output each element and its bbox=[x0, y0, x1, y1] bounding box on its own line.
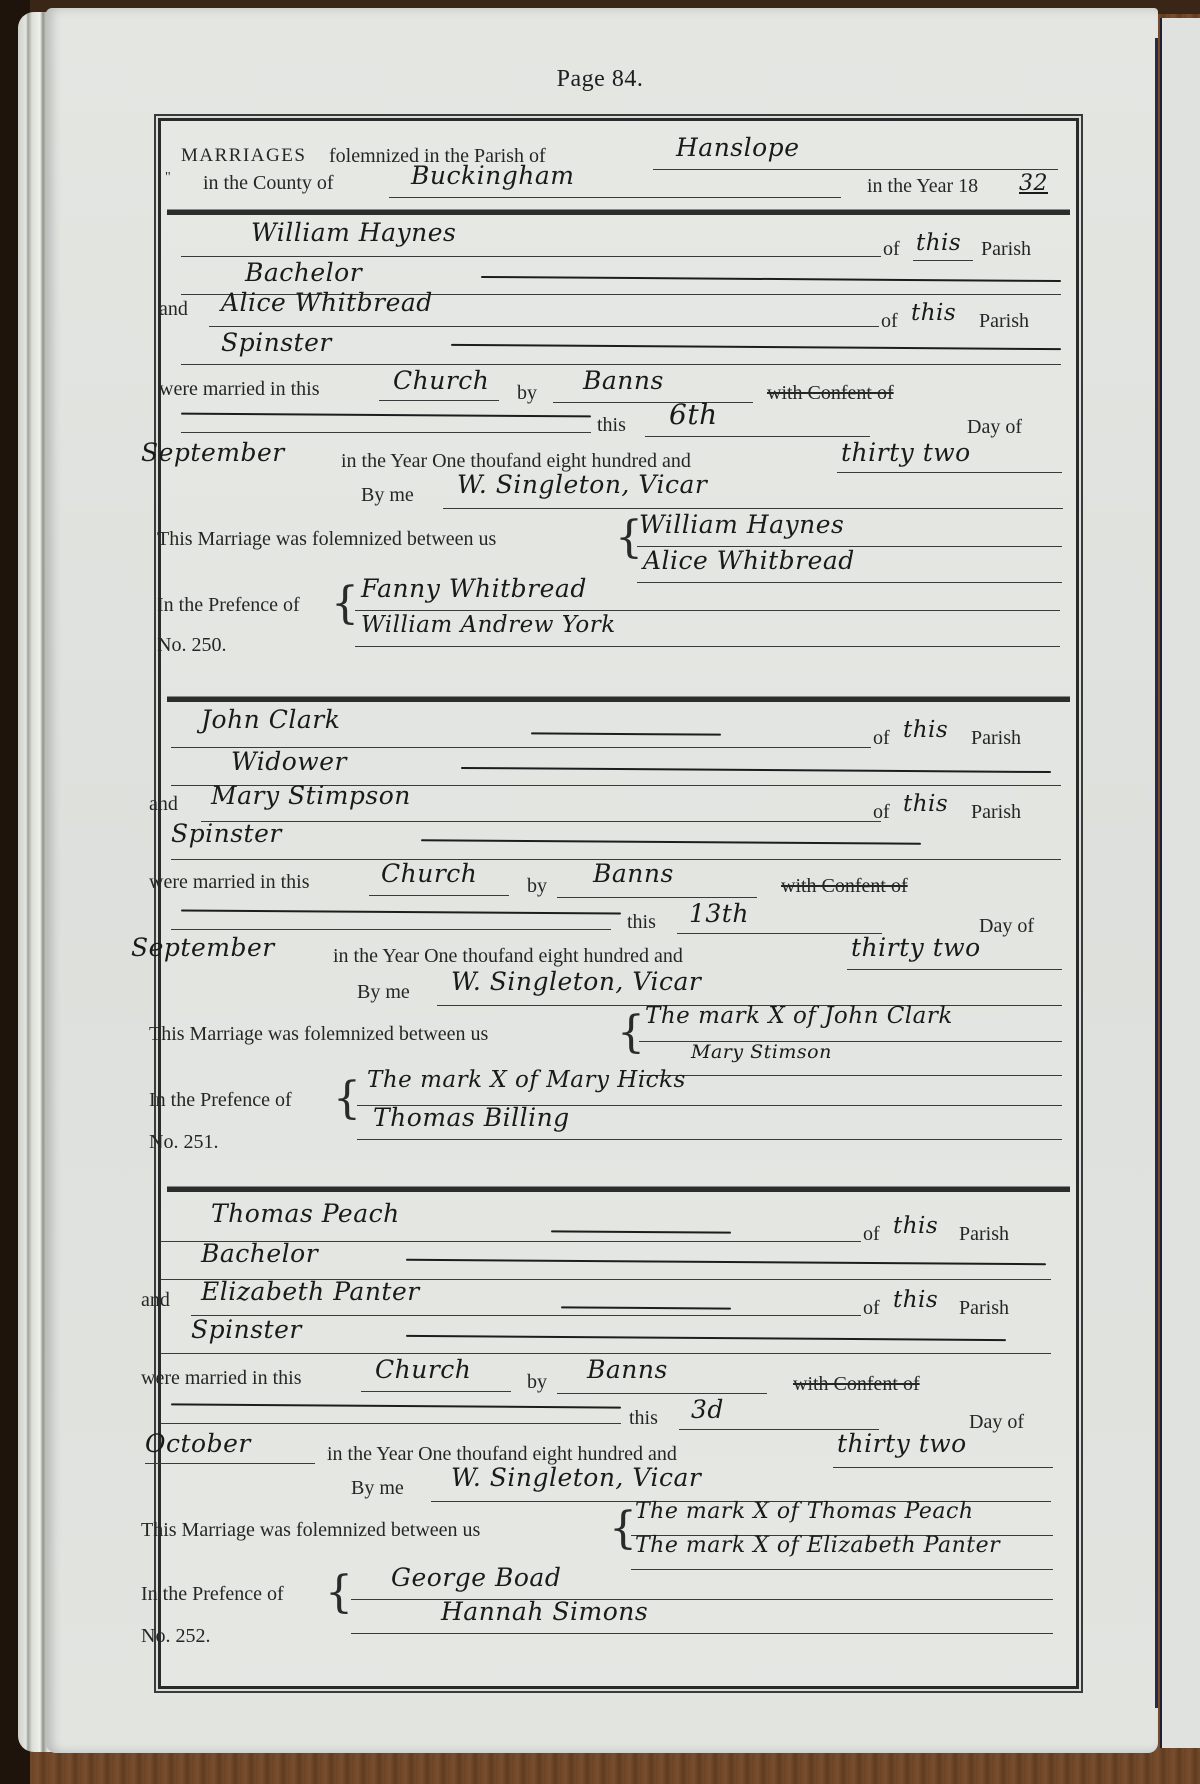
entry-divider bbox=[167, 1186, 1070, 1192]
day-line bbox=[645, 436, 870, 437]
parish-label: Parish bbox=[959, 1297, 1009, 1320]
groom-parish: this bbox=[916, 230, 961, 256]
of-label: of bbox=[873, 801, 890, 824]
day-of-label: Day of bbox=[979, 915, 1034, 938]
witness-line bbox=[355, 610, 1060, 611]
bride-parish: this bbox=[903, 791, 948, 817]
month-line bbox=[145, 1463, 315, 1464]
and-label: and bbox=[159, 298, 188, 321]
brace-icon: { bbox=[609, 1507, 637, 1551]
bride-parish: this bbox=[911, 300, 956, 326]
parish-label: Parish bbox=[959, 1223, 1009, 1246]
by-me-label: By me bbox=[361, 484, 414, 507]
witness-2: Thomas Billing bbox=[373, 1103, 570, 1132]
year-line bbox=[847, 969, 1062, 970]
groom-name: William Haynes bbox=[251, 218, 456, 247]
entry-number: No. 250. bbox=[157, 634, 226, 657]
witness-2: William Andrew York bbox=[361, 612, 616, 638]
brace-icon: { bbox=[333, 1077, 361, 1121]
by-label: by bbox=[517, 382, 537, 405]
blank-fill-stroke bbox=[481, 276, 1061, 282]
groom-line bbox=[181, 256, 881, 257]
facing-page-edge bbox=[1160, 18, 1200, 1748]
this-label: this bbox=[627, 911, 656, 934]
marriage-year-words: thirty two bbox=[851, 933, 981, 962]
witness-1: The mark X of Mary Hicks bbox=[367, 1067, 686, 1093]
married-in-label: were married in this bbox=[159, 378, 320, 401]
witness-line bbox=[351, 1633, 1053, 1634]
header-divider bbox=[167, 209, 1070, 215]
parish-label: Parish bbox=[971, 801, 1021, 824]
solemnized-label: This Marriage was folemnized between us bbox=[149, 1023, 488, 1046]
blank-fill-stroke bbox=[531, 732, 721, 735]
witness-2: Hannah Simons bbox=[441, 1597, 648, 1626]
entry-divider bbox=[167, 696, 1070, 702]
blank-fill-stroke bbox=[451, 344, 1061, 350]
signatory-line bbox=[637, 582, 1062, 583]
entry-number: No. 251. bbox=[149, 1131, 218, 1154]
witness-line bbox=[357, 1139, 1062, 1140]
register-header: MARRIAGES folemnized in the Parish of Ha… bbox=[161, 121, 1076, 206]
status-line bbox=[181, 364, 1061, 365]
year-label: in the Year 18 bbox=[867, 175, 978, 198]
header-title: MARRIAGES bbox=[181, 145, 306, 167]
marriage-by: Banns bbox=[583, 366, 664, 395]
county-label: in the County of bbox=[203, 172, 334, 195]
signatory-bride: The mark X of Elizabeth Panter bbox=[635, 1533, 1000, 1558]
married-in-label: were married in this bbox=[149, 871, 310, 894]
by-me-label: By me bbox=[351, 1477, 404, 1500]
parish-label: Parish bbox=[971, 727, 1021, 750]
groom-parish-line bbox=[913, 260, 973, 261]
signatory-groom: The mark X of John Clark bbox=[645, 1003, 953, 1029]
blank-fill-stroke bbox=[421, 839, 921, 844]
county-line bbox=[389, 197, 841, 198]
marriage-entry-252: Thomas Peach of this Parish Bachelor and… bbox=[161, 1193, 1076, 1678]
blank-fill-stroke bbox=[561, 1306, 731, 1309]
by-label: by bbox=[527, 1371, 547, 1394]
bride-line bbox=[201, 821, 881, 822]
witness-line bbox=[355, 646, 1060, 647]
marriage-year-words: thirty two bbox=[837, 1429, 967, 1458]
blank-fill-stroke bbox=[181, 413, 591, 418]
marriage-year-words: thirty two bbox=[841, 438, 971, 467]
signatory-bride: Alice Whitbread bbox=[643, 546, 855, 575]
entry-number: No. 252. bbox=[141, 1625, 210, 1648]
bride-status: Spinster bbox=[191, 1315, 302, 1344]
marriage-register-form: MARRIAGES folemnized in the Parish of Ha… bbox=[158, 118, 1079, 1689]
parish-value: Hanslope bbox=[676, 133, 799, 162]
status-line bbox=[161, 1353, 1051, 1354]
by-label: by bbox=[527, 875, 547, 898]
groom-parish: this bbox=[893, 1213, 938, 1239]
marriage-by: Banns bbox=[587, 1355, 668, 1384]
witness-1: George Boad bbox=[391, 1563, 561, 1592]
parish-label: Parish bbox=[979, 310, 1029, 333]
consent-line bbox=[171, 929, 611, 930]
and-label: and bbox=[149, 793, 178, 816]
married-in-label: were married in this bbox=[141, 1367, 302, 1390]
of-label: of bbox=[863, 1297, 880, 1320]
bride-status: Spinster bbox=[171, 819, 282, 848]
of-label: of bbox=[873, 727, 890, 750]
marriage-place: Church bbox=[381, 859, 477, 888]
signatory-line bbox=[631, 1569, 1053, 1570]
of-label: of bbox=[863, 1223, 880, 1246]
consent-label-struck: with Confent of bbox=[793, 1373, 920, 1396]
groom-status: Widower bbox=[231, 747, 347, 776]
officiant-signature: W. Singleton, Vicar bbox=[451, 1463, 701, 1492]
officiant-signature: W. Singleton, Vicar bbox=[451, 967, 701, 996]
this-label: this bbox=[629, 1407, 658, 1430]
marriage-month: September bbox=[131, 933, 275, 962]
marriage-day: 13th bbox=[689, 899, 749, 928]
place-line bbox=[369, 895, 509, 896]
day-of-label: Day of bbox=[969, 1411, 1024, 1434]
of-label: of bbox=[881, 310, 898, 333]
consent-line bbox=[161, 1423, 621, 1424]
presence-label: In the Prefence of bbox=[141, 1583, 284, 1606]
groom-status: Bachelor bbox=[245, 258, 362, 287]
consent-label-struck: with Confent of bbox=[767, 382, 894, 405]
brace-icon: { bbox=[617, 1011, 645, 1055]
marriage-entry-250: William Haynes of this Parish Bachelor a… bbox=[161, 216, 1076, 696]
by-line bbox=[553, 402, 753, 403]
parish-label: Parish bbox=[981, 238, 1031, 261]
of-label: of bbox=[883, 238, 900, 261]
year-value: 32 bbox=[1019, 171, 1048, 196]
bride-name: Mary Stimpson bbox=[211, 781, 411, 810]
year-line bbox=[833, 1467, 1053, 1468]
year-text-label: in the Year One thoufand eight hundred a… bbox=[333, 945, 683, 968]
by-line bbox=[557, 897, 757, 898]
groom-parish: this bbox=[903, 717, 948, 743]
groom-name: John Clark bbox=[201, 705, 340, 734]
marriage-day: 6th bbox=[669, 398, 718, 431]
place-line bbox=[379, 400, 499, 401]
header-ditto-mark: " bbox=[165, 170, 171, 186]
marriage-month: September bbox=[141, 438, 285, 467]
brace-icon: { bbox=[325, 1571, 353, 1615]
bride-status: Spinster bbox=[221, 328, 332, 357]
marriage-month: October bbox=[145, 1429, 251, 1458]
marriage-entry-251: John Clark of this Parish Widower and Ma… bbox=[161, 703, 1076, 1183]
blank-fill-stroke bbox=[181, 909, 621, 914]
officiant-line bbox=[443, 508, 1063, 509]
consent-line bbox=[181, 432, 591, 433]
groom-status: Bachelor bbox=[201, 1239, 318, 1268]
parish-line bbox=[653, 169, 1058, 170]
groom-name: Thomas Peach bbox=[211, 1199, 400, 1228]
by-me-label: By me bbox=[357, 981, 410, 1004]
solemnized-label: This Marriage was folemnized between us bbox=[141, 1519, 480, 1542]
blank-fill-stroke bbox=[406, 1335, 1006, 1341]
signatory-line bbox=[639, 1075, 1062, 1076]
presence-label: In the Prefence of bbox=[157, 594, 300, 617]
bride-parish: this bbox=[893, 1287, 938, 1313]
this-label: this bbox=[597, 414, 626, 437]
signatory-groom: The mark X of Thomas Peach bbox=[635, 1499, 974, 1524]
year-line bbox=[837, 472, 1062, 473]
page-number: Page 84. bbox=[0, 66, 1200, 93]
blank-fill-stroke bbox=[406, 1259, 1046, 1265]
county-value: Buckingham bbox=[411, 161, 574, 190]
officiant-signature: W. Singleton, Vicar bbox=[457, 470, 707, 499]
consent-label-struck: with Confent of bbox=[781, 875, 908, 898]
blank-fill-stroke bbox=[461, 767, 1051, 773]
day-of-label: Day of bbox=[967, 416, 1022, 439]
marriage-place: Church bbox=[393, 366, 489, 395]
bride-name: Elizabeth Panter bbox=[201, 1277, 420, 1306]
place-line bbox=[361, 1391, 511, 1392]
blank-fill-stroke bbox=[171, 1403, 621, 1408]
marriage-day: 3d bbox=[691, 1395, 724, 1424]
marriage-place: Church bbox=[375, 1355, 471, 1384]
blank-fill-stroke bbox=[551, 1230, 731, 1233]
signatory-bride: Mary Stimson bbox=[691, 1041, 832, 1063]
marriage-by: Banns bbox=[593, 859, 674, 888]
bride-name: Alice Whitbread bbox=[221, 288, 433, 317]
and-label: and bbox=[141, 1289, 170, 1312]
bride-line bbox=[209, 326, 879, 327]
solemnized-label: This Marriage was folemnized between us bbox=[157, 528, 496, 551]
witness-1: Fanny Whitbread bbox=[361, 574, 587, 603]
by-line bbox=[557, 1393, 767, 1394]
signatory-groom: William Haynes bbox=[639, 510, 844, 539]
brace-icon: { bbox=[331, 582, 359, 626]
presence-label: In the Prefence of bbox=[149, 1089, 292, 1112]
